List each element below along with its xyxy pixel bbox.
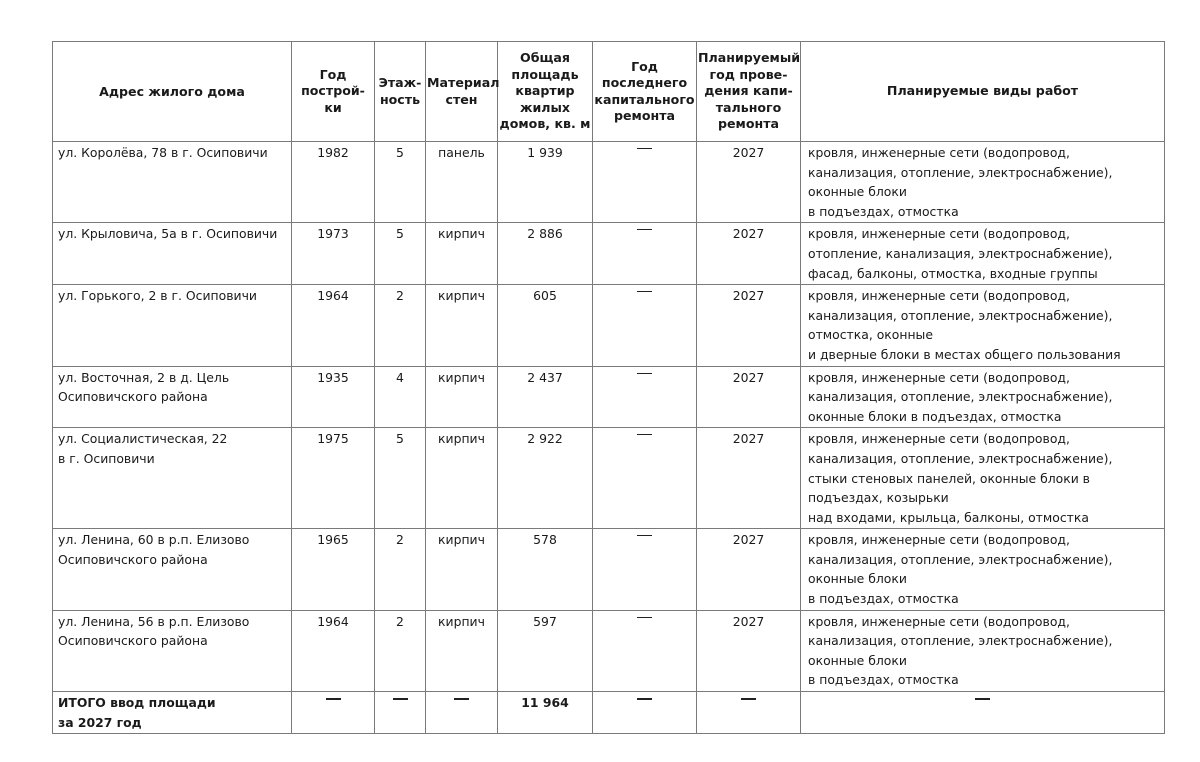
year-built-cell: 1975 bbox=[292, 428, 375, 529]
address-cell: ул. Крыловича, 5а в г. Осиповичи bbox=[53, 223, 292, 285]
table-row: ул. Крыловича, 5а в г. Осиповичи19735кир… bbox=[53, 223, 1165, 285]
table-row: ул. Ленина, 56 в р.п. Елизово Осиповичск… bbox=[53, 610, 1165, 691]
planned-year-cell-text: 2027 bbox=[733, 614, 765, 629]
last-repair-cell bbox=[593, 610, 697, 691]
address-cell: ул. Ленина, 60 в р.п. Елизово Осиповичск… bbox=[53, 529, 292, 610]
total-area-text: 11 964 bbox=[521, 695, 568, 710]
works-cell: кровля, инженерные сети (водопровод, кан… bbox=[801, 285, 1165, 366]
last-repair-cell bbox=[593, 366, 697, 428]
works-cell: кровля, инженерные сети (водопровод, кан… bbox=[801, 366, 1165, 428]
address-cell: ул. Горького, 2 в г. Осиповичи bbox=[53, 285, 292, 366]
wall-material-cell-text: кирпич bbox=[438, 431, 485, 446]
works-cell-text: кровля, инженерные сети (водопровод, кан… bbox=[808, 288, 1121, 362]
last-repair-cell bbox=[593, 529, 697, 610]
address-cell-text: ул. Горького, 2 в г. Осиповичи bbox=[58, 288, 257, 303]
year-built-cell: 1965 bbox=[292, 529, 375, 610]
dash-mark bbox=[637, 373, 652, 374]
floors-cell-text: 2 bbox=[396, 532, 404, 547]
area-cell-text: 2 922 bbox=[527, 431, 562, 446]
floors-cell: 2 bbox=[375, 610, 426, 691]
works-cell: кровля, инженерные сети (водопровод, кан… bbox=[801, 142, 1165, 223]
area-cell: 1 939 bbox=[498, 142, 593, 223]
table-row: ул. Социалистическая, 22 в г. Осиповичи1… bbox=[53, 428, 1165, 529]
year-built-cell: 1973 bbox=[292, 223, 375, 285]
address-cell: ул. Восточная, 2 в д. Цель Осиповичского… bbox=[53, 366, 292, 428]
address-cell-text: ул. Крыловича, 5а в г. Осиповичи bbox=[58, 226, 277, 241]
year-built-cell-text: 1973 bbox=[317, 226, 349, 241]
year-built-cell-text: 1964 bbox=[317, 614, 349, 629]
total-year-built-cell bbox=[292, 692, 375, 734]
dash-mark bbox=[637, 291, 652, 292]
planned-year-cell: 2027 bbox=[697, 428, 801, 529]
works-cell-text: кровля, инженерные сети (водопровод, кан… bbox=[808, 145, 1112, 219]
address-cell-text: ул. Ленина, 56 в р.п. Елизово Осиповичск… bbox=[58, 614, 249, 649]
header-floors: Этаж-ность bbox=[375, 42, 426, 142]
floors-cell: 2 bbox=[375, 529, 426, 610]
planned-year-cell-text: 2027 bbox=[733, 145, 765, 160]
wall-material-cell: кирпич bbox=[426, 223, 498, 285]
address-cell: ул. Ленина, 56 в р.п. Елизово Осиповичск… bbox=[53, 610, 292, 691]
header-area: Общаяплощадьквартиржилыхдомов, кв. м bbox=[498, 42, 593, 142]
works-cell: кровля, инженерные сети (водопровод, кан… bbox=[801, 529, 1165, 610]
wall-material-cell: кирпич bbox=[426, 285, 498, 366]
header-works: Планируемые виды работ bbox=[801, 42, 1165, 142]
header-planned-year: Планируемыйгод прове-дения капи-тального… bbox=[697, 42, 801, 142]
works-cell-text: кровля, инженерные сети (водопровод, кан… bbox=[808, 370, 1112, 424]
planned-year-cell-text: 2027 bbox=[733, 226, 765, 241]
wall-material-cell-text: кирпич bbox=[438, 532, 485, 547]
floors-cell: 5 bbox=[375, 142, 426, 223]
wall-material-cell: кирпич bbox=[426, 610, 498, 691]
area-cell: 597 bbox=[498, 610, 593, 691]
works-cell: кровля, инженерные сети (водопровод, кан… bbox=[801, 610, 1165, 691]
works-cell-text: кровля, инженерные сети (водопровод, кан… bbox=[808, 532, 1112, 606]
floors-cell: 5 bbox=[375, 428, 426, 529]
year-built-cell-text: 1965 bbox=[317, 532, 349, 547]
year-built-cell: 1964 bbox=[292, 285, 375, 366]
planned-year-cell: 2027 bbox=[697, 223, 801, 285]
table-row: ул. Ленина, 60 в р.п. Елизово Осиповичск… bbox=[53, 529, 1165, 610]
year-built-cell-text: 1935 bbox=[317, 370, 349, 385]
table-row: ул. Горького, 2 в г. Осиповичи19642кирпи… bbox=[53, 285, 1165, 366]
wall-material-cell: кирпич bbox=[426, 366, 498, 428]
table-row: ул. Королёва, 78 в г. Осиповичи19825пане… bbox=[53, 142, 1165, 223]
header-row: Адрес жилого дома Годпострой-ки Этаж-нос… bbox=[53, 42, 1165, 142]
area-cell: 578 bbox=[498, 529, 593, 610]
year-built-cell-text: 1982 bbox=[317, 145, 349, 160]
wall-material-cell: кирпич bbox=[426, 529, 498, 610]
total-label-text: ИТОГО ввод площади за 2027 год bbox=[58, 695, 216, 730]
dash-mark bbox=[393, 698, 408, 700]
floors-cell: 5 bbox=[375, 223, 426, 285]
capital-repair-table: Адрес жилого дома Годпострой-ки Этаж-нос… bbox=[52, 41, 1165, 734]
area-cell-text: 2 886 bbox=[527, 226, 562, 241]
area-cell: 2 886 bbox=[498, 223, 593, 285]
dash-mark bbox=[326, 698, 341, 700]
planned-year-cell: 2027 bbox=[697, 610, 801, 691]
area-cell-text: 605 bbox=[533, 288, 557, 303]
works-cell-text: кровля, инженерные сети (водопровод, ото… bbox=[808, 226, 1112, 280]
year-built-cell: 1935 bbox=[292, 366, 375, 428]
year-built-cell-text: 1964 bbox=[317, 288, 349, 303]
area-cell-text: 597 bbox=[533, 614, 557, 629]
planned-year-cell: 2027 bbox=[697, 285, 801, 366]
dash-mark bbox=[637, 229, 652, 230]
floors-cell-text: 4 bbox=[396, 370, 404, 385]
last-repair-cell bbox=[593, 142, 697, 223]
address-cell-text: ул. Восточная, 2 в д. Цель Осиповичского… bbox=[58, 370, 229, 405]
planned-year-cell: 2027 bbox=[697, 366, 801, 428]
floors-cell: 2 bbox=[375, 285, 426, 366]
floors-cell-text: 2 bbox=[396, 288, 404, 303]
address-cell-text: ул. Социалистическая, 22 в г. Осиповичи bbox=[58, 431, 227, 466]
dash-mark bbox=[637, 535, 652, 536]
wall-material-cell-text: кирпич bbox=[438, 288, 485, 303]
area-cell: 2 922 bbox=[498, 428, 593, 529]
dash-mark bbox=[741, 698, 756, 700]
area-cell-text: 1 939 bbox=[527, 145, 562, 160]
works-cell-text: кровля, инженерные сети (водопровод, кан… bbox=[808, 431, 1112, 524]
wall-material-cell: кирпич bbox=[426, 428, 498, 529]
header-address: Адрес жилого дома bbox=[53, 42, 292, 142]
total-label-cell: ИТОГО ввод площади за 2027 год bbox=[53, 692, 292, 734]
address-cell-text: ул. Королёва, 78 в г. Осиповичи bbox=[58, 145, 268, 160]
total-wall-material-cell bbox=[426, 692, 498, 734]
year-built-cell-text: 1975 bbox=[317, 431, 349, 446]
last-repair-cell bbox=[593, 285, 697, 366]
floors-cell-text: 5 bbox=[396, 226, 404, 241]
floors-cell-text: 5 bbox=[396, 431, 404, 446]
wall-material-cell-text: панель bbox=[438, 145, 485, 160]
dash-mark bbox=[454, 698, 469, 700]
floors-cell-text: 2 bbox=[396, 614, 404, 629]
planned-year-cell-text: 2027 bbox=[733, 532, 765, 547]
planned-year-cell: 2027 bbox=[697, 142, 801, 223]
floors-cell-text: 5 bbox=[396, 145, 404, 160]
header-wall-material: Материалстен bbox=[426, 42, 498, 142]
last-repair-cell bbox=[593, 428, 697, 529]
area-cell-text: 2 437 bbox=[527, 370, 562, 385]
dash-mark bbox=[637, 434, 652, 435]
wall-material-cell-text: кирпич bbox=[438, 370, 485, 385]
works-cell-text: кровля, инженерные сети (водопровод, кан… bbox=[808, 614, 1112, 688]
works-cell: кровля, инженерные сети (водопровод, кан… bbox=[801, 428, 1165, 529]
dash-mark bbox=[975, 698, 990, 700]
wall-material-cell-text: кирпич bbox=[438, 226, 485, 241]
works-cell: кровля, инженерные сети (водопровод, ото… bbox=[801, 223, 1165, 285]
area-cell-text: 578 bbox=[533, 532, 557, 547]
total-floors-cell bbox=[375, 692, 426, 734]
planned-year-cell-text: 2027 bbox=[733, 288, 765, 303]
total-planned-year-cell bbox=[697, 692, 801, 734]
total-row: ИТОГО ввод площади за 2027 год11 964 bbox=[53, 692, 1165, 734]
wall-material-cell-text: кирпич bbox=[438, 614, 485, 629]
floors-cell: 4 bbox=[375, 366, 426, 428]
dash-mark bbox=[637, 617, 652, 618]
planned-year-cell-text: 2027 bbox=[733, 370, 765, 385]
area-cell: 605 bbox=[498, 285, 593, 366]
wall-material-cell: панель bbox=[426, 142, 498, 223]
planned-year-cell-text: 2027 bbox=[733, 431, 765, 446]
header-last-repair: Годпоследнегокапитальногоремонта bbox=[593, 42, 697, 142]
last-repair-cell bbox=[593, 223, 697, 285]
area-cell: 2 437 bbox=[498, 366, 593, 428]
planned-year-cell: 2027 bbox=[697, 529, 801, 610]
address-cell-text: ул. Ленина, 60 в р.п. Елизово Осиповичск… bbox=[58, 532, 249, 567]
address-cell: ул. Социалистическая, 22 в г. Осиповичи bbox=[53, 428, 292, 529]
dash-mark bbox=[637, 698, 652, 700]
table-row: ул. Восточная, 2 в д. Цель Осиповичского… bbox=[53, 366, 1165, 428]
address-cell: ул. Королёва, 78 в г. Осиповичи bbox=[53, 142, 292, 223]
total-last-repair-cell bbox=[593, 692, 697, 734]
total-works-cell bbox=[801, 692, 1165, 734]
header-year-built: Годпострой-ки bbox=[292, 42, 375, 142]
dash-mark bbox=[637, 148, 652, 149]
year-built-cell: 1982 bbox=[292, 142, 375, 223]
year-built-cell: 1964 bbox=[292, 610, 375, 691]
total-area-cell: 11 964 bbox=[498, 692, 593, 734]
